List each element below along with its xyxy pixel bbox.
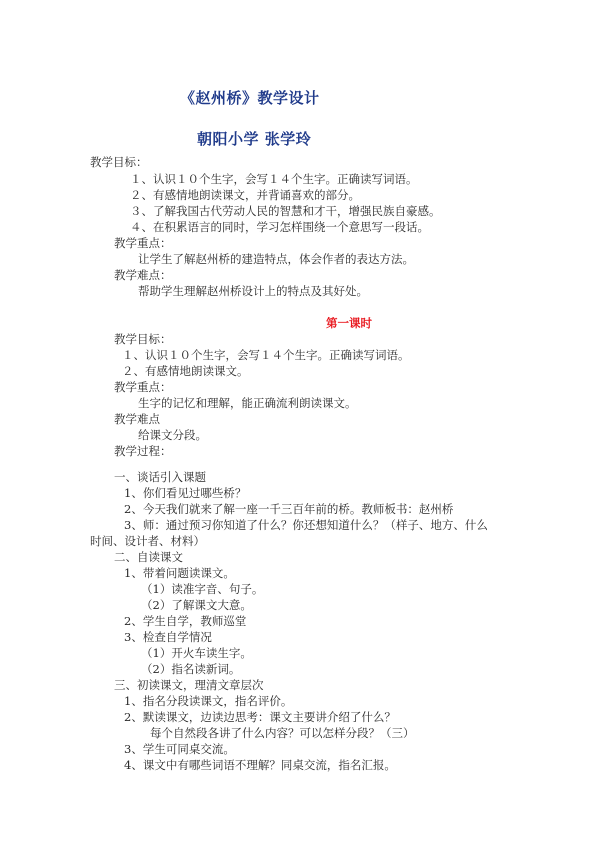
section-item: （2）了解课文大意。 <box>141 598 252 612</box>
section-item: 3、师：通过预习你知道了什么？你还想知道什么？（样子、地方、什么 <box>124 518 488 532</box>
lesson-key-text: 生字的记忆和理解，能正确流利朗读课文。 <box>138 396 357 410</box>
lesson-goal-item: １、认识１０个生字，会写１４个生字。正确读写词语。 <box>122 348 410 362</box>
overview-goal-item: ３、了解我国古代劳动人民的智慧和才干，增强民族自豪感。 <box>130 204 441 218</box>
lesson-key-label: 教学重点： <box>114 380 172 394</box>
overview-key-label: 教学重点： <box>114 236 172 250</box>
section-title: 一、谈话引入课题 <box>114 470 206 484</box>
lesson-heading: 第一课时 <box>326 315 372 331</box>
overview-difficulty-label: 教学难点： <box>114 268 172 282</box>
section-item: （1）开火车读生字。 <box>141 646 252 660</box>
section-item: 2、今天我们就来了解一座一千三百年前的桥。教师板书：赵州桥 <box>124 502 453 516</box>
lesson-process-label: 教学过程： <box>114 444 172 458</box>
section-item: （2）指名读新词。 <box>141 662 240 676</box>
section-item: （1）读准字音、句子。 <box>141 582 263 596</box>
document-author: 朝阳小学 张学玲 <box>197 128 311 149</box>
section-item: 时间、设计者、材料） <box>90 534 205 548</box>
section-item: 4、课文中有哪些词语不理解？同桌交流，指名汇报。 <box>124 758 396 772</box>
section-item: 每个自然段各讲了什么内容？可以怎样分段？（三） <box>150 726 415 740</box>
lesson-difficulty-text: 给课文分段。 <box>138 428 207 442</box>
section-item: 2、默读课文，边读边思考：课文主要讲介绍了什么？ <box>124 710 396 724</box>
section-item: 3、学生可同桌交流。 <box>124 742 235 756</box>
section-item: 1、指名分段读课文，指名评价。 <box>124 694 292 708</box>
overview-goals-label: 教学目标： <box>90 155 148 169</box>
overview-goal-item: ２、有感情地朗读课文，并背诵喜欢的部分。 <box>130 188 360 202</box>
overview-key-text: 让学生了解赵州桥的建造特点，体会作者的表达方法。 <box>138 252 414 266</box>
lesson-goal-item: ２、有感情地朗读课文。 <box>122 364 249 378</box>
overview-difficulty-text: 帮助学生理解赵州桥设计上的特点及其好处。 <box>138 284 368 298</box>
overview-goal-item: ４、在积累语言的同时，学习怎样围绕一个意思写一段话。 <box>130 220 429 234</box>
document-page: 《赵州桥》教学设计 朝阳小学 张学玲 教学目标： １、认识１０个生字，会写１４个… <box>0 0 595 842</box>
lesson-difficulty-label: 教学难点 <box>114 412 160 426</box>
document-title: 《赵州桥》教学设计 <box>180 87 320 108</box>
section-item: 3、检查自学情况 <box>124 630 212 644</box>
section-item: 2、学生自学，教师巡堂 <box>124 614 246 628</box>
section-item: 1、你们看见过哪些桥？ <box>124 486 246 500</box>
section-item: 1、带着问题读课文。 <box>124 566 235 580</box>
overview-goal-item: １、认识１０个生字，会写１４个生字。正确读写词语。 <box>130 172 418 186</box>
section-title: 二、自读课文 <box>114 550 183 564</box>
lesson-goals-label: 教学目标： <box>114 332 172 346</box>
section-title: 三、初读课文，理清文章层次 <box>114 678 264 692</box>
